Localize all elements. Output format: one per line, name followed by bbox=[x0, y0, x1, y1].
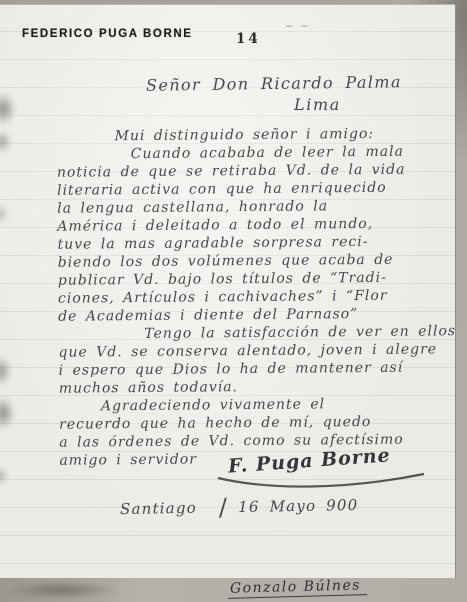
letter-line: biendo los dos volúmenes que acaba de bbox=[58, 250, 450, 271]
letter-paragraph: Cuando acababa de leer la malanoticia de… bbox=[57, 142, 451, 325]
backing-strip-smudge bbox=[8, 582, 118, 598]
letter-line: noticia de que se retiraba Vd. de la vid… bbox=[57, 160, 449, 181]
dateline-date: 16 Mayo 900 bbox=[238, 496, 359, 516]
signature: F. Puga Borne bbox=[214, 450, 434, 496]
recipient-line: Señor Don Ricardo Palma bbox=[146, 72, 402, 95]
letter-line: a las órdenes de Vd. como su afectísimo bbox=[59, 430, 451, 451]
letter-line: i espero que Dios lo ha de mantener así bbox=[59, 358, 451, 379]
footer-annotation: Gonzalo Búlnes bbox=[228, 577, 367, 599]
edge-smudge bbox=[0, 396, 15, 430]
edge-smudge bbox=[0, 204, 9, 224]
dateline-slash: / bbox=[219, 493, 229, 521]
edge-smudge bbox=[0, 466, 8, 486]
edge-smudge bbox=[0, 130, 12, 154]
dateline: Santiago/16 Mayo 900 bbox=[120, 491, 359, 523]
letter-body: Mui distinguido señor i amigo:Cuando aca… bbox=[57, 124, 452, 469]
scanned-letter-page: FEDERICO PUGA BORNE – – 14 Señor Don Ric… bbox=[0, 0, 467, 602]
letter-paper: FEDERICO PUGA BORNE – – 14 Señor Don Ric… bbox=[0, 4, 456, 578]
recipient-city: Lima bbox=[294, 95, 341, 114]
stray-marks: – – bbox=[286, 20, 310, 32]
dateline-place: Santiago bbox=[120, 499, 197, 518]
letter-paragraph: Tengo la satisfacción de ver en ellosque… bbox=[58, 322, 451, 397]
sender-name: FEDERICO PUGA BORNE bbox=[22, 28, 193, 40]
edge-smudge bbox=[0, 92, 16, 126]
page-number: 14 bbox=[236, 31, 261, 47]
edge-smudge bbox=[0, 356, 12, 386]
